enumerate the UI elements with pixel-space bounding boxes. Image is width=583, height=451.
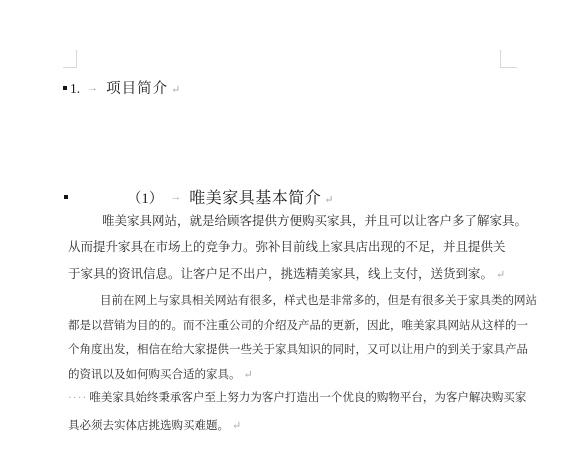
text-line[interactable]: ····唯美家具始终秉承客户至上努力为客户打造出一个优良的购物平台，为客户解决购… xyxy=(68,384,509,412)
space-marks-icon: ···· xyxy=(68,392,87,404)
heading-1[interactable]: 1. → 项目简介 ↵ xyxy=(63,77,180,98)
text-line-content: 唯美家具始终秉承客户至上努力为客户打造出一个优良的购物平台，为客户解决购买家 xyxy=(89,392,526,404)
text-line[interactable]: 从而提升家具在市场上的竞争力。弥补目前线上家具店出现的不足，并且提供关 xyxy=(68,234,500,260)
text-line-content: 个角度出发，相信在给大家提供一些关于家具知识的同时，又可以让用户的到关于家具产品 xyxy=(68,344,528,356)
heading-bullet-icon xyxy=(64,195,68,199)
subheading-title[interactable]: 唯美家具基本简介 xyxy=(189,185,321,208)
text-line-content: 具必须去实体店挑选购买难题。 xyxy=(68,420,229,432)
text-line[interactable]: 目前在网上与家具相关网站有很多，样式也是非常多的，但是有很多关于家具类的网站 xyxy=(68,289,509,314)
paragraph-mark-icon: ↵ xyxy=(324,193,333,206)
text-line-content: 目前在网上与家具相关网站有很多，样式也是非常多的，但是有很多关于家具类的网站 xyxy=(100,295,537,307)
subheading-number: （1） xyxy=(127,187,163,208)
text-line[interactable]: 都是以营销为目的的。而不注重公司的介绍及产品的更新，因此，唯美家具网站从这样的一 xyxy=(68,314,509,339)
text-line-content: 都是以营销为目的的。而不注重公司的介绍及产品的更新，因此，唯美家具网站从这样的一 xyxy=(68,320,528,332)
text-line-content: 于家具的资讯信息。让客户足不出户，挑选精美家具，线上支付，送货到家。 xyxy=(68,267,493,281)
paragraph-mark-icon: ↵ xyxy=(171,83,180,96)
heading-bullet-icon xyxy=(63,86,67,90)
heading-2[interactable]: （1） → 唯美家具基本简介 ↵ xyxy=(64,185,333,208)
text-line[interactable]: 具必须去实体店挑选购买难题。↵ xyxy=(68,412,509,440)
tab-character-icon: → xyxy=(170,191,181,203)
paragraph-mark-icon: ↵ xyxy=(244,369,253,381)
text-line[interactable]: 唯美家具网站，就是给顾客提供方便购买家具，并且可以让客户多了解家具。 xyxy=(68,208,500,234)
heading-title[interactable]: 项目简介 xyxy=(106,77,168,98)
paragraph-3[interactable]: ····唯美家具始终秉承客户至上努力为客户打造出一个优良的购物平台，为客户解决购… xyxy=(68,384,509,440)
paragraph-1[interactable]: 唯美家具网站，就是给顾客提供方便购买家具，并且可以让客户多了解家具。 从而提升家… xyxy=(68,208,500,288)
word-document-page: 1. → 项目简介 ↵ （1） → 唯美家具基本简介 ↵ 唯美家具网站，就是给顾… xyxy=(0,0,583,451)
text-boundary-mark-top-left-icon xyxy=(63,50,77,68)
tab-character-icon: → xyxy=(87,82,98,94)
paragraph-mark-icon: ↵ xyxy=(232,420,241,432)
text-line[interactable]: 个角度出发，相信在给大家提供一些关于家具知识的同时，又可以让用户的到关于家具产品 xyxy=(68,338,509,363)
paragraph-2[interactable]: 目前在网上与家具相关网站有很多，样式也是非常多的，但是有很多关于家具类的网站 都… xyxy=(68,289,509,387)
paragraph-mark-icon: ↵ xyxy=(496,269,505,281)
text-line-content: 从而提升家具在市场上的竞争力。弥补目前线上家具店出现的不足，并且提供关 xyxy=(68,240,506,254)
text-boundary-mark-top-right-icon xyxy=(500,50,517,68)
heading-number: 1. xyxy=(70,81,80,97)
text-line[interactable]: 于家具的资讯信息。让客户足不出户，挑选精美家具，线上支付，送货到家。↵ xyxy=(68,261,500,288)
text-line-content: 的资讯以及如何购买合适的家具。 xyxy=(68,369,241,381)
text-line-content: 唯美家具网站，就是给顾客提供方便购买家具，并且可以让客户多了解家具。 xyxy=(102,214,527,228)
